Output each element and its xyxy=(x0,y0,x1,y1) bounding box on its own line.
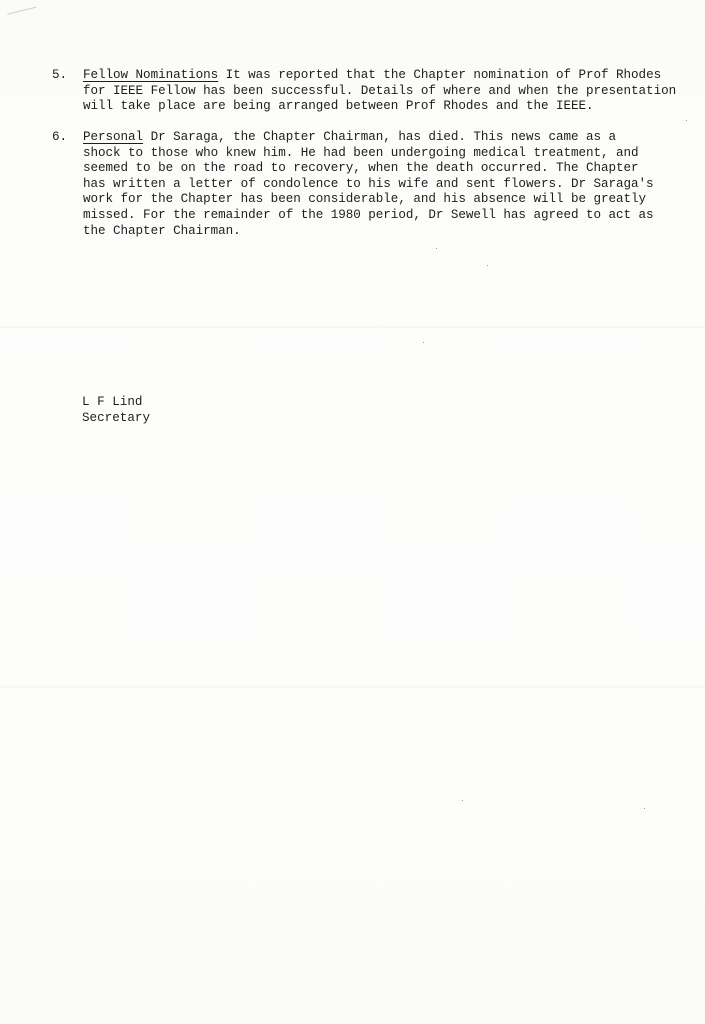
item-heading: Personal xyxy=(83,130,143,144)
item-number: 6. xyxy=(52,130,67,146)
item-body: Personal Dr Saraga, the Chapter Chairman… xyxy=(83,130,702,239)
item-body: Fellow Nominations It was reported that … xyxy=(83,68,702,115)
speck xyxy=(436,248,437,249)
speck xyxy=(462,800,463,801)
speck xyxy=(644,808,645,809)
signatory-name: L F Lind xyxy=(82,394,150,410)
item-number: 5. xyxy=(52,68,67,84)
fold-line xyxy=(0,686,705,688)
speck xyxy=(686,120,687,121)
speck xyxy=(423,342,424,343)
fold-line xyxy=(0,326,705,328)
signatory-title: Secretary xyxy=(82,410,150,426)
pen-mark xyxy=(7,7,38,23)
item-heading: Fellow Nominations xyxy=(83,68,218,82)
item-fellow-nominations: 5. Fellow Nominations It was reported th… xyxy=(52,68,702,115)
speck xyxy=(487,265,488,266)
item-personal: 6. Personal Dr Saraga, the Chapter Chair… xyxy=(52,130,702,239)
document-page: 5. Fellow Nominations It was reported th… xyxy=(0,0,705,1024)
item-text: Dr Saraga, the Chapter Chairman, has die… xyxy=(83,130,654,238)
signature-block: L F Lind Secretary xyxy=(82,394,150,426)
